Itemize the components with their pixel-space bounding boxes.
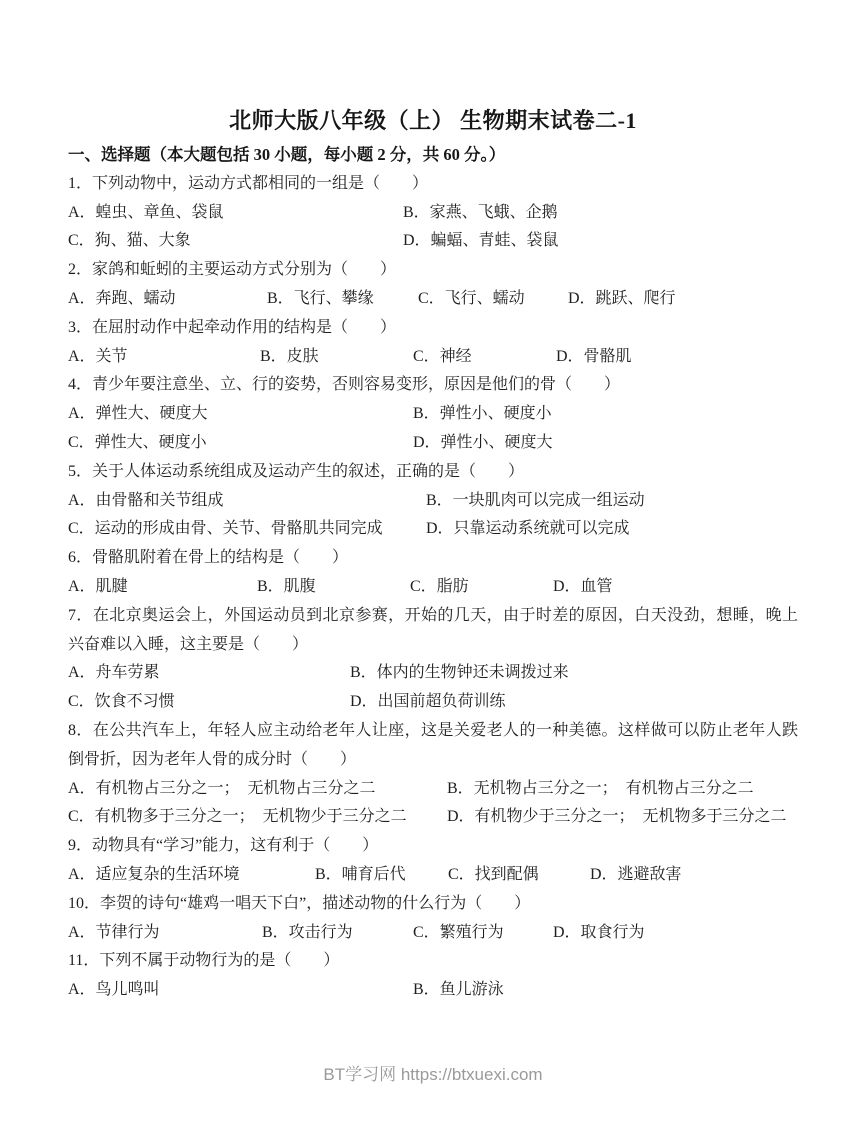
question-6-stem: 6．骨骼肌附着在骨上的结构是（ ） [68,544,798,573]
question-7-option-b: B．体内的生物钟还未调拨过来 [350,659,569,688]
question-4-option-b: B．弹性小、硬度小 [413,400,552,429]
question-1-option-a: A．蝗虫、章鱼、袋鼠 [68,199,224,228]
question-2-stem: 2．家鸽和蚯蚓的主要运动方式分别为（ ） [68,256,798,285]
question-6-option-b: B．肌腹 [257,573,316,602]
question-8-options-row-1: A．有机物占三分之一； 无机物占三分之二 B．无机物占三分之一； 有机物占三分之… [68,775,798,804]
question-5-option-a: A．由骨骼和关节组成 [68,487,224,516]
question-5-option-d: D．只靠运动系统就可以完成 [426,515,630,544]
question-9-stem: 9．动物具有“学习”能力，这有利于（ ） [68,832,798,861]
question-4-options-row-1: A．弹性大、硬度大 B．弹性小、硬度小 [68,400,798,429]
question-5-options-row-2: C．运动的形成由骨、关节、骨骼肌共同完成 D．只靠运动系统就可以完成 [68,515,798,544]
question-6-options-row-1: A．肌腱 B．肌腹 C．脂肪 D．血管 [68,573,798,602]
question-10-option-a: A．节律行为 [68,919,160,948]
question-5-options-row-1: A．由骨骼和关节组成 B．一块肌肉可以完成一组运动 [68,487,798,516]
question-5-option-c: C．运动的形成由骨、关节、骨骼肌共同完成 [68,515,383,544]
question-3-option-d: D．骨骼肌 [556,343,632,372]
question-8-option-a: A．有机物占三分之一； 无机物占三分之二 [68,775,376,804]
exam-document-page: 北师大版八年级（上） 生物期末试卷二-1 一、选择题（本大题包括 30 小题，每… [0,0,866,1122]
question-3-option-b: B．皮肤 [260,343,319,372]
question-2-option-a: A．奔跑、蠕动 [68,285,176,314]
question-10-options-row-1: A．节律行为 B．攻击行为 C．繁殖行为 D．取食行为 [68,919,798,948]
question-2-option-c: C．飞行、蠕动 [418,285,525,314]
question-1-option-c: C．狗、猫、大象 [68,227,191,256]
question-2-option-d: D．跳跃、爬行 [568,285,676,314]
question-11-option-b: B．鱼儿游泳 [413,976,504,1005]
question-6-option-a: A．肌腱 [68,573,128,602]
question-9-option-d: D．逃避敌害 [590,861,682,890]
question-10-option-b: B．攻击行为 [262,919,353,948]
question-9-option-a: A．适应复杂的生活环境 [68,861,240,890]
question-1-options-row-1: A．蝗虫、章鱼、袋鼠 B．家燕、飞蛾、企鹅 [68,199,798,228]
question-3-stem: 3．在屈肘动作中起牵动作用的结构是（ ） [68,314,798,343]
question-7-option-d: D．出国前超负荷训练 [350,688,506,717]
question-8-option-c: C．有机物多于三分之一； 无机物少于三分之二 [68,803,407,832]
question-3-option-c: C．神经 [413,343,472,372]
question-9-option-b: B．哺育后代 [315,861,406,890]
question-7-option-c: C．饮食不习惯 [68,688,175,717]
question-7-stem-line-1: 7．在北京奥运会上，外国运动员到北京参赛，开始的几天，由于时差的原因，白天没劲，… [68,602,798,631]
question-4-stem: 4．青少年要注意坐、立、行的姿势，否则容易变形，原因是他们的骨（ ） [68,371,798,400]
question-4-option-c: C．弹性大、硬度小 [68,429,207,458]
question-5-option-b: B．一块肌肉可以完成一组运动 [426,487,645,516]
section-header: 一、选择题（本大题包括 30 小题，每小题 2 分，共 60 分。） [68,141,798,170]
question-7-options-row-1: A．舟车劳累 B．体内的生物钟还未调拨过来 [68,659,798,688]
question-11-option-a: A．鸟儿鸣叫 [68,976,160,1005]
question-7-options-row-2: C．饮食不习惯 D．出国前超负荷训练 [68,688,798,717]
question-7-option-a: A．舟车劳累 [68,659,160,688]
question-9-option-c: C．找到配偶 [448,861,539,890]
question-1-option-d: D．蝙蝠、青蛙、袋鼠 [403,227,559,256]
question-10-option-c: C．繁殖行为 [413,919,504,948]
document-content: 北师大版八年级（上） 生物期末试卷二-1 一、选择题（本大题包括 30 小题，每… [68,0,798,1005]
question-8-option-b: B．无机物占三分之一； 有机物占三分之二 [447,775,754,804]
question-10-option-d: D．取食行为 [553,919,645,948]
question-11-stem: 11．下列不属于动物行为的是（ ） [68,947,798,976]
question-8-stem-line-2: 倒骨折，因为老年人骨的成分时（ ） [68,746,798,775]
question-8-option-d: D．有机物少于三分之一； 无机物多于三分之二 [447,803,787,832]
question-3-options-row-1: A．关节 B．皮肤 C．神经 D．骨骼肌 [68,343,798,372]
question-1-options-row-2: C．狗、猫、大象 D．蝙蝠、青蛙、袋鼠 [68,227,798,256]
question-6-option-d: D．血管 [553,573,613,602]
question-6-option-c: C．脂肪 [410,573,469,602]
question-10-stem: 10．李贺的诗句“雄鸡一唱天下白”，描述动物的什么行为（ ） [68,890,798,919]
question-4-option-d: D．弹性小、硬度大 [413,429,553,458]
question-3-option-a: A．关节 [68,343,128,372]
question-2-option-b: B．飞行、攀缘 [267,285,374,314]
page-title: 北师大版八年级（上） 生物期末试卷二-1 [68,104,798,138]
question-11-options-row-1: A．鸟儿鸣叫 B．鱼儿游泳 [68,976,798,1005]
question-4-options-row-2: C．弹性大、硬度小 D．弹性小、硬度大 [68,429,798,458]
question-4-option-a: A．弹性大、硬度大 [68,400,208,429]
question-9-options-row-1: A．适应复杂的生活环境 B．哺育后代 C．找到配偶 D．逃避敌害 [68,861,798,890]
question-7-stem-line-2: 兴奋难以入睡，这主要是（ ） [68,631,798,660]
question-1-stem: 1．下列动物中，运动方式都相同的一组是（ ） [68,170,798,199]
question-1-option-b: B．家燕、飞蛾、企鹅 [403,199,558,228]
question-8-stem-line-1: 8．在公共汽车上，年轻人应主动给老年人让座，这是关爱老人的一种美德。这样做可以防… [68,717,798,746]
question-8-options-row-2: C．有机物多于三分之一； 无机物少于三分之二 D．有机物少于三分之一； 无机物多… [68,803,798,832]
question-2-options-row-1: A．奔跑、蠕动 B．飞行、攀缘 C．飞行、蠕动 D．跳跃、爬行 [68,285,798,314]
watermark-footer: BT学习网 https://btxuexi.com [0,1062,866,1088]
question-5-stem: 5．关于人体运动系统组成及运动产生的叙述，正确的是（ ） [68,458,798,487]
